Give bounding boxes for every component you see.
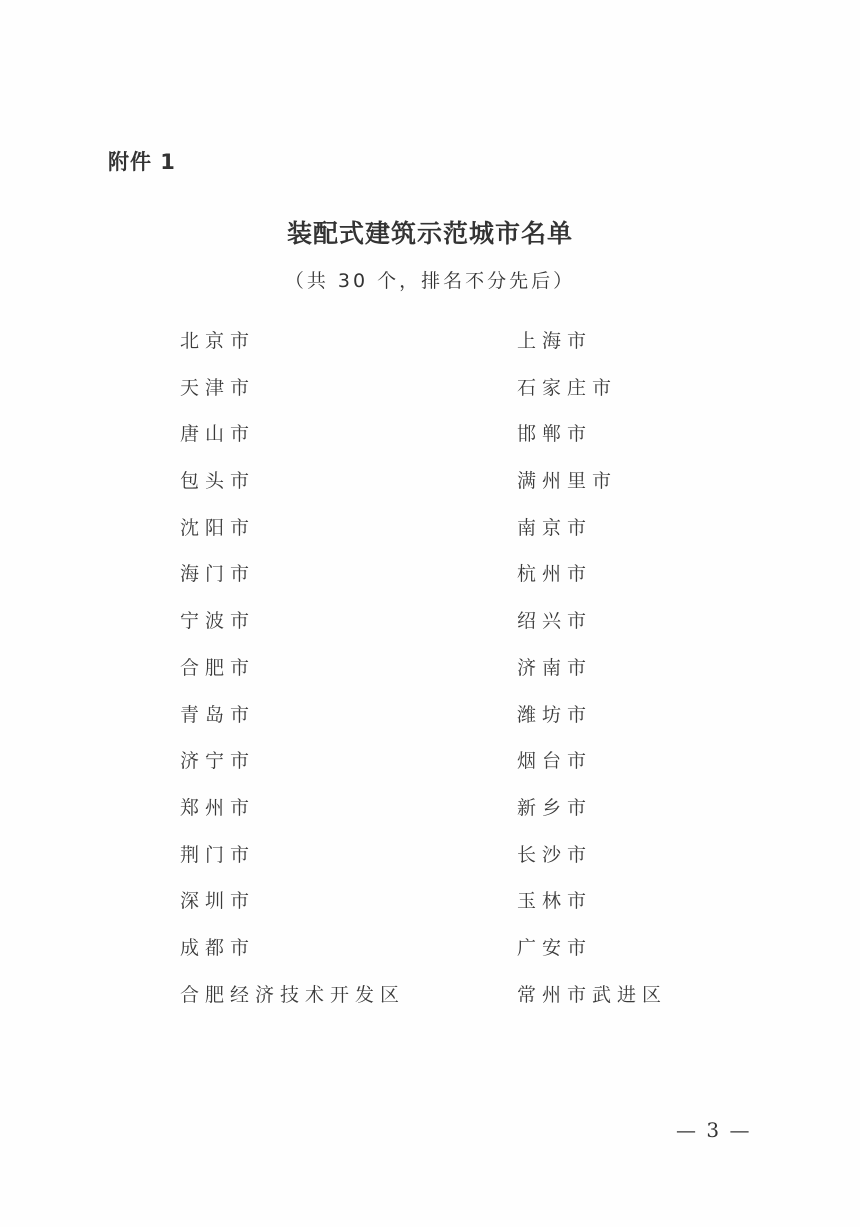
city-row: 济宁市 烟台市 [0,742,860,789]
city-name: 天津市 [180,373,255,400]
city-row: 沈阳市 南京市 [0,509,860,556]
city-row: 包头市 满州里市 [0,462,860,509]
city-name: 宁波市 [180,606,255,633]
city-name: 玉林市 [517,886,592,913]
city-name: 潍坊市 [517,700,592,727]
city-name: 成都市 [180,933,255,960]
city-row: 海门市 杭州市 [0,555,860,602]
city-name: 济南市 [517,653,592,680]
city-name: 满州里市 [517,466,617,493]
city-name: 济宁市 [180,746,255,773]
city-row: 合肥市 济南市 [0,649,860,696]
city-row: 合肥经济技术开发区 常州市武进区 [0,976,860,1023]
city-name: 北京市 [180,326,255,353]
city-name: 海门市 [180,559,255,586]
city-row: 深圳市 玉林市 [0,882,860,929]
city-name: 合肥经济技术开发区 [180,980,405,1007]
city-row: 郑州市 新乡市 [0,789,860,836]
city-name: 青岛市 [180,700,255,727]
city-name: 烟台市 [517,746,592,773]
city-name: 新乡市 [517,793,592,820]
city-name: 绍兴市 [517,606,592,633]
page-subtitle: （共 30 个，排名不分先后） [0,266,860,293]
city-name: 南京市 [517,513,592,540]
city-row: 青岛市 潍坊市 [0,696,860,743]
city-row: 宁波市 绍兴市 [0,602,860,649]
city-name: 包头市 [180,466,255,493]
city-name: 荆门市 [180,840,255,867]
city-row: 成都市 广安市 [0,929,860,976]
city-name: 石家庄市 [517,373,617,400]
city-name: 杭州市 [517,559,592,586]
city-name: 常州市武进区 [517,980,667,1007]
attachment-label: 附件 1 [108,146,176,176]
city-name: 深圳市 [180,886,255,913]
city-name: 上海市 [517,326,592,353]
city-row: 北京市 上海市 [0,322,860,369]
city-name: 广安市 [517,933,592,960]
city-row: 荆门市 长沙市 [0,836,860,883]
page-title: 装配式建筑示范城市名单 [0,214,860,250]
city-name: 郑州市 [180,793,255,820]
page-number: — 3 — [676,1118,751,1142]
city-name: 沈阳市 [180,513,255,540]
city-row: 唐山市 邯郸市 [0,415,860,462]
city-name: 长沙市 [517,840,592,867]
city-name: 唐山市 [180,419,255,446]
city-name: 邯郸市 [517,419,592,446]
city-list: 北京市 上海市 天津市 石家庄市 唐山市 邯郸市 包头市 满州里市 沈阳市 南京… [0,322,860,1022]
city-row: 天津市 石家庄市 [0,369,860,416]
city-name: 合肥市 [180,653,255,680]
